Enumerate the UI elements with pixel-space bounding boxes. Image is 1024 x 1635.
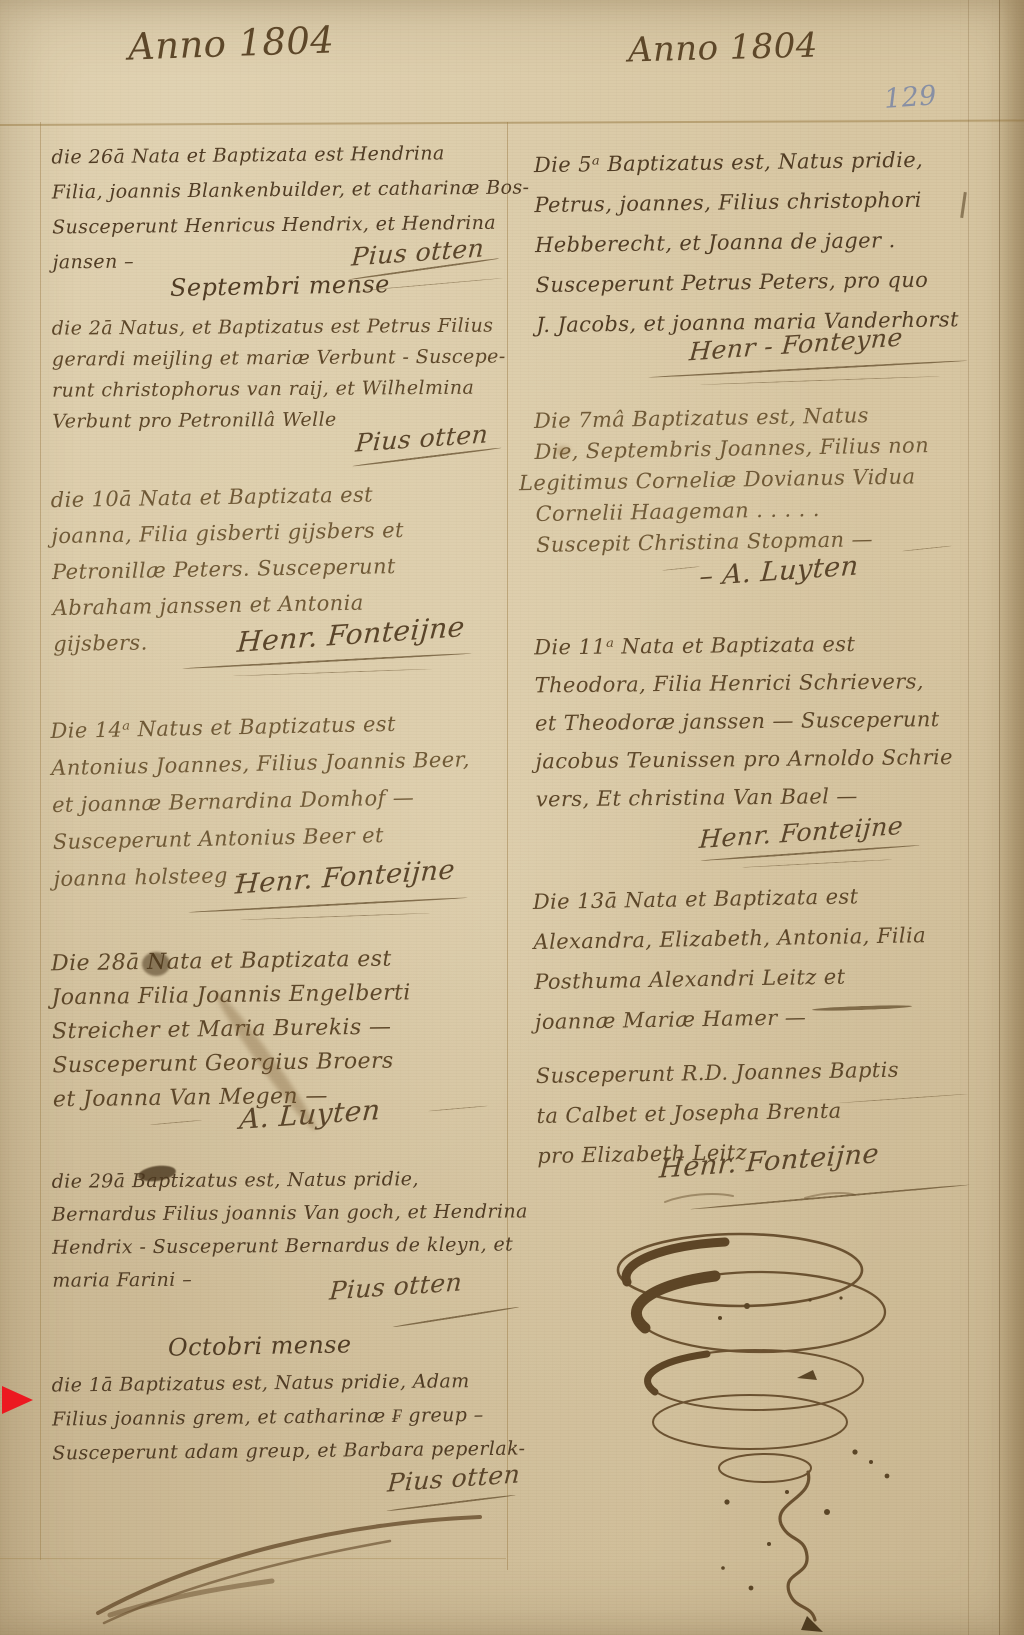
baptism-entry: Die 28ā Nata et Baptizata est Joanna Fil…	[51, 941, 533, 1118]
baptism-entry: die 29ā Baptizatus est, Natus pridie, Be…	[52, 1162, 543, 1297]
top-rule-line	[0, 120, 1024, 126]
flourish-line	[150, 1120, 202, 1126]
flourish-line	[742, 859, 892, 868]
baptism-entry: Die 5ᵃ Baptizatus est, Natus pridie, Pet…	[534, 139, 987, 345]
baptism-entry: Die 13ā Nata et Baptizata est Alexandra,…	[532, 874, 997, 1176]
baptism-entry: Die 11ᵃ Nata et Baptizata est Theodora, …	[534, 624, 996, 819]
entry-line: Filia, joannis Blankenbuilder, et cathar…	[52, 171, 522, 211]
entry-line: Die 5ᵃ Baptizatus est, Natus pridie,	[534, 139, 985, 185]
entry-line: die 29ā Baptizatus est, Natus pridie,	[52, 1162, 542, 1198]
entry-line: maria Farini –	[52, 1261, 542, 1297]
entry-line: jacobus Teunissen pro Arnoldo Schrie	[535, 738, 995, 781]
entry-line: Suscepit Christina Stopman —	[536, 522, 996, 561]
entry-line: Theodora, Filia Henrici Schrievers,	[534, 662, 994, 705]
flourish-line	[188, 897, 468, 914]
entry-line: Die 11ᵃ Nata et Baptizata est	[534, 624, 994, 667]
month-heading: Octobri mense	[168, 1330, 352, 1361]
entry-line: runt christophorus van raij, et Wilhelmi…	[52, 372, 522, 406]
flourish-line	[240, 913, 430, 921]
ink-spiral-flourish	[555, 1180, 1005, 1635]
entry-line: Susceperunt Petrus Peters, pro quo	[535, 259, 986, 305]
entry-line: Filius joannis grem, et catharinæ ₣ greu…	[52, 1397, 532, 1436]
entry-line: Petrus, joannes, Filius christophori	[534, 179, 985, 225]
baptism-entry: die 1ā Baptizatus est, Natus pridie, Ada…	[51, 1363, 532, 1470]
left-margin-line	[40, 122, 41, 1560]
entry-line: Alexandra, Elizabeth, Antonia, Filia	[533, 914, 994, 962]
flourish-line	[700, 376, 940, 385]
flourish-line	[662, 566, 700, 571]
year-header-right: Anno 1804	[628, 26, 819, 71]
baptism-entry: die 2ā Natus, et Baptizatus est Petrus F…	[52, 310, 523, 437]
month-heading: Septembri mense	[170, 270, 390, 302]
flourish-line	[232, 669, 432, 677]
entry-line: et Theodoræ janssen — Susceperunt	[535, 700, 995, 743]
year-header-left: Anno 1804	[127, 18, 335, 68]
entry-line: joannæ Mariæ Hamer —	[535, 994, 996, 1042]
entry-line: die 2ā Natus, et Baptizatus est Petrus F…	[52, 310, 522, 344]
entry-line: Hendrix - Susceperunt Bernardus de kleyn…	[52, 1228, 542, 1264]
entry-line: Bernardus Filius joannis Van goch, et He…	[52, 1195, 542, 1231]
entry-line: Hebberecht, et Joanna de jager .	[535, 219, 986, 265]
page-number: 129	[883, 80, 938, 115]
entry-line: vers, Et christina Van Bael —	[536, 776, 996, 819]
manuscript-page: Anno 1804 Anno 1804 129 die 26ā Nata et …	[0, 0, 1024, 1635]
red-arrow-marker	[2, 1386, 33, 1414]
flourish-line	[393, 1306, 520, 1328]
entry-line: gerardi meijling et mariæ Verbunt - Susc…	[52, 341, 522, 375]
entry-line: die 1ā Baptizatus est, Natus pridie, Ada…	[51, 1363, 531, 1402]
entry-line: die 26ā Nata et Baptizata est Hendrina	[51, 136, 521, 176]
pen-flourish-strokes	[80, 1495, 510, 1630]
baptism-entry: Die 7mâ Baptizatus est, Natus Die, Septe…	[534, 398, 997, 561]
